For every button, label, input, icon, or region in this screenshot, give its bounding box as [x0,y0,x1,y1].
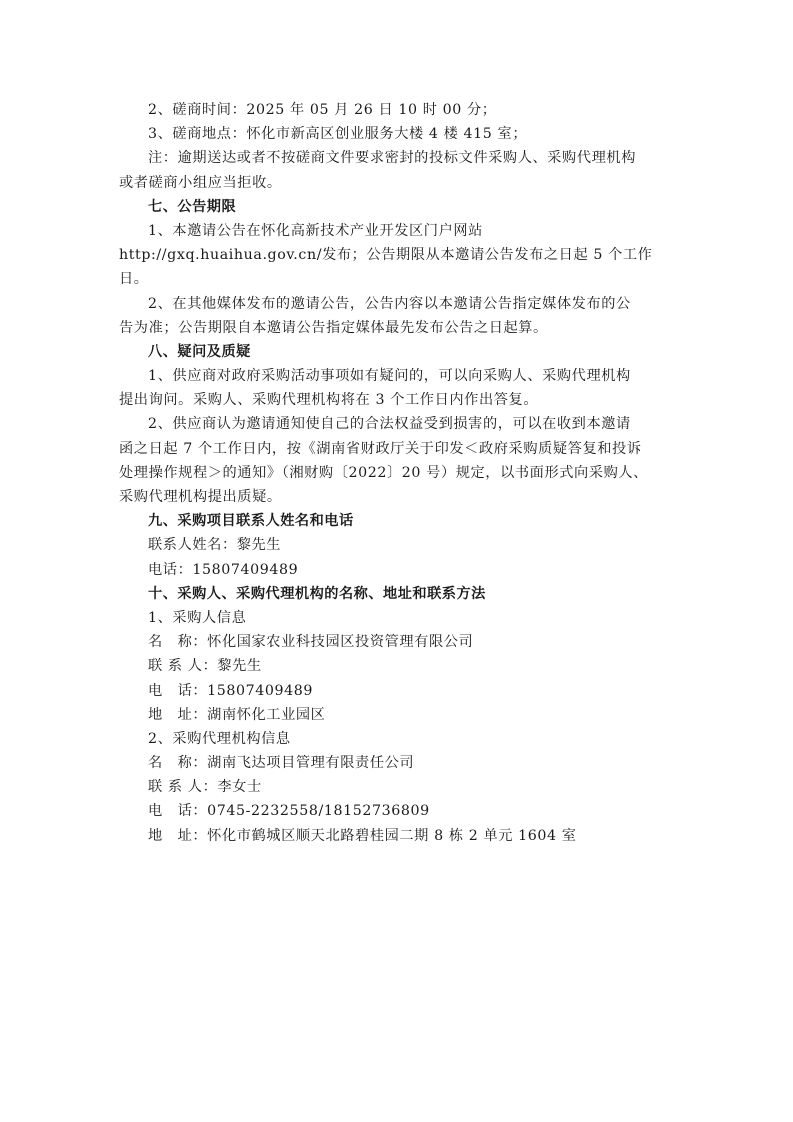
section-7-p1-line3: 日。 [119,267,675,291]
section-7-heading: 七、公告期限 [119,195,675,219]
agency-address-row: 地 址：怀化市鹤城区顺天北路碧桂园二期 8 栋 2 单元 1604 室 [119,824,675,848]
section-8-p1-line2: 提出询问。采购人、采购代理机构将在 3 个工作日内作出答复。 [119,388,675,412]
negotiation-location: 3、磋商地点：怀化市新高区创业服务大楼 4 楼 415 室； [119,122,675,146]
purchaser-contact-label: 联 系 人： [148,658,217,674]
document-page: 2、磋商时间：2025 年 05 月 26 日 10 时 00 分； 3、磋商地… [119,98,675,848]
agency-phone-label: 电 话： [148,803,207,819]
agency-name-label: 名 称： [148,755,207,771]
note-line-2: 或者磋商小组应当拒收。 [119,171,675,195]
section-10-heading: 十、采购人、采购代理机构的名称、地址和联系方法 [119,582,675,606]
section-8-heading: 八、疑问及质疑 [119,340,675,364]
purchaser-contact-row: 联 系 人：黎先生 [119,654,675,678]
agency-address-value: 怀化市鹤城区顺天北路碧桂园二期 8 栋 2 单元 1604 室 [207,828,576,844]
agency-name-value: 湖南飞达项目管理有限责任公司 [207,755,414,771]
purchaser-address-value: 湖南怀化工业园区 [207,707,325,723]
section-9-heading: 九、采购项目联系人姓名和电话 [119,509,675,533]
purchaser-phone-row: 电 话：15807409489 [119,679,675,703]
agency-contact-label: 联 系 人： [148,779,217,795]
agency-name-row: 名 称：湖南飞达项目管理有限责任公司 [119,751,675,775]
purchaser-name-row: 名 称：怀化国家农业科技园区投资管理有限公司 [119,630,675,654]
agency-info-title: 2、采购代理机构信息 [119,727,675,751]
contact-name: 联系人姓名：黎先生 [119,533,675,557]
agency-phone-value: 0745-2232558/18152736809 [207,803,430,819]
agency-address-label: 地 址： [148,828,207,844]
purchaser-phone-label: 电 话： [148,683,207,699]
purchaser-name-value: 怀化国家农业科技园区投资管理有限公司 [207,634,473,650]
purchaser-address-row: 地 址：湖南怀化工业园区 [119,703,675,727]
purchaser-info-title: 1、采购人信息 [119,606,675,630]
section-7-p1-line2: http://gxq.huaihua.gov.cn/发布；公告期限从本邀请公告发… [119,243,675,267]
contact-phone: 电话：15807409489 [119,558,675,582]
purchaser-name-label: 名 称： [148,634,207,650]
section-7-p2-line2: 告为准；公告期限自本邀请公告指定媒体最先发布公告之日起算。 [119,316,675,340]
section-8-p2-line3: 处理操作规程＞的通知》（湘财购〔2022〕20 号）规定，以书面形式向采购人、 [119,461,675,485]
section-7-p1-line1: 1、本邀请公告在怀化高新技术产业开发区门户网站 [119,219,675,243]
section-7-p2-line1: 2、在其他媒体发布的邀请公告，公告内容以本邀请公告指定媒体发布的公 [119,292,675,316]
agency-contact-row: 联 系 人：李女士 [119,775,675,799]
purchaser-contact-value: 黎先生 [217,658,261,674]
section-8-p2-line2: 函之日起 7 个工作日内，按《湖南省财政厅关于印发＜政府采购质疑答复和投诉 [119,437,675,461]
section-8-p2-line1: 2、供应商认为邀请通知使自己的合法权益受到损害的，可以在收到本邀请 [119,412,675,436]
section-8-p2-line4: 采购代理机构提出质疑。 [119,485,675,509]
note-line-1: 注：逾期送达或者不按磋商文件要求密封的投标文件采购人、采购代理机构 [119,146,675,170]
negotiation-time: 2、磋商时间：2025 年 05 月 26 日 10 时 00 分； [119,98,675,122]
agency-phone-row: 电 话：0745-2232558/18152736809 [119,799,675,823]
purchaser-phone-value: 15807409489 [207,683,313,699]
agency-contact-value: 李女士 [217,779,261,795]
section-8-p1-line1: 1、供应商对政府采购活动事项如有疑问的，可以向采购人、采购代理机构 [119,364,675,388]
purchaser-address-label: 地 址： [148,707,207,723]
